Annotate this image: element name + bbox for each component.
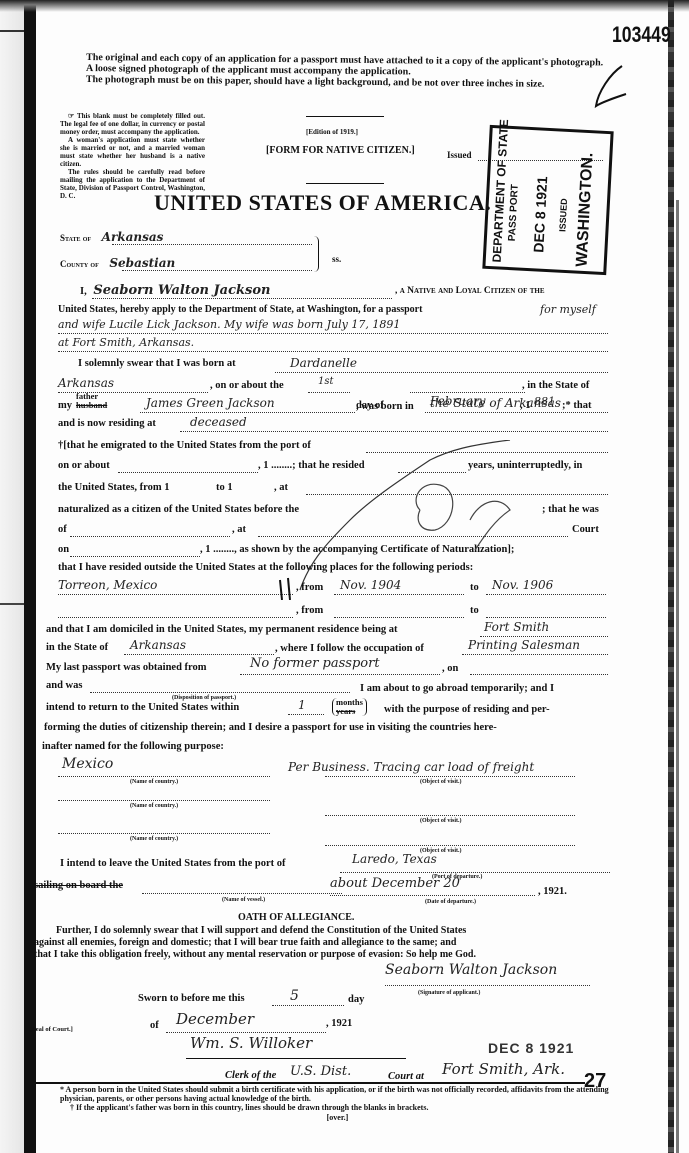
- underline: [58, 800, 270, 801]
- underline: [340, 872, 610, 873]
- scan-artifact: [0, 603, 24, 605]
- underline: [58, 594, 293, 595]
- country-caption: (Name of country.): [130, 779, 178, 785]
- ss-label: ss.: [332, 254, 341, 264]
- father-residence-field[interactable]: deceased: [190, 415, 247, 429]
- inafter-text: inafter named for the following purpose:: [42, 741, 224, 752]
- court-location-field[interactable]: Fort Smith, Ark.: [442, 1060, 565, 1078]
- underline: [334, 594, 464, 595]
- father-name-field[interactable]: James Green Jackson: [146, 396, 275, 410]
- was-born-in-label: , was born in: [356, 401, 414, 412]
- day-label: day: [348, 994, 364, 1005]
- underline: [140, 412, 355, 413]
- applicant-signature: Seaborn Walton Jackson: [385, 962, 557, 978]
- residence-from-field[interactable]: Nov. 1904: [340, 578, 401, 592]
- seal-label: [Seal of Court.]: [30, 1026, 73, 1033]
- from-label: , from: [296, 582, 323, 593]
- country-field[interactable]: Mexico: [62, 756, 113, 772]
- stamp-line: WASHINGTON.: [574, 152, 598, 267]
- last-passport-field[interactable]: No former passport: [250, 656, 380, 671]
- underline: [166, 1032, 326, 1033]
- underline: [334, 617, 464, 618]
- instruction-fee: ☞ This blank must be completely filled o…: [60, 112, 205, 136]
- birth-state-field[interactable]: Arkansas: [58, 376, 114, 390]
- department-of-state-stamp: DEPARTMENT OF STATE PASS PORT DEC 8 1921…: [482, 125, 613, 275]
- sworn-day-field[interactable]: 5: [290, 988, 299, 1004]
- underline: [288, 714, 324, 715]
- vessel-caption: (Name of vessel.): [222, 897, 265, 903]
- oath-text: Further, I do solemnly swear that I will…: [56, 925, 466, 936]
- duties-text: forming the duties of citizenship therei…: [44, 722, 497, 733]
- underline: [92, 298, 392, 299]
- underline: [486, 594, 606, 595]
- stamp-date: DEC 8 1921: [530, 176, 550, 253]
- scan-left-margin: [0, 0, 24, 1153]
- footnote-birth-certificate: * A person born in the United States sho…: [60, 1085, 615, 1103]
- underline: [275, 372, 608, 373]
- underline: [240, 674, 440, 675]
- object-caption: (Object of visit.): [420, 818, 462, 824]
- underline: [480, 636, 608, 637]
- stamp-line: ISSUED: [557, 198, 569, 232]
- i-label: I,: [80, 286, 87, 297]
- underline: [325, 815, 575, 816]
- residence-place-field[interactable]: Torreon, Mexico: [58, 578, 157, 592]
- sworn-year: , 1921: [326, 1018, 352, 1029]
- of-label: of: [150, 1020, 159, 1031]
- photo-notice: The original and each copy of an applica…: [86, 52, 603, 90]
- apply-text: United States, hereby apply to the Depar…: [58, 304, 422, 315]
- from-label: , from: [296, 605, 323, 616]
- scan-top-shadow: [0, 0, 689, 12]
- signature-line: [186, 1058, 406, 1059]
- my-label: my: [58, 400, 72, 411]
- right-page-edge: [668, 0, 674, 1153]
- underline: [325, 845, 575, 846]
- apply-addendum[interactable]: for myself: [540, 303, 596, 316]
- father-husband-choice: father husband: [76, 392, 107, 410]
- underline: [272, 1005, 344, 1006]
- naturalized-text: naturalized as a citizen of the United S…: [58, 504, 299, 515]
- underline: [142, 893, 342, 894]
- stamp-line: PASS PORT: [507, 184, 521, 242]
- underline: [70, 556, 200, 557]
- departure-year: , 1921.: [538, 886, 567, 897]
- father-birthplace-field[interactable]: the State of Arkansas: [430, 396, 561, 410]
- serial-number: 103449: [612, 22, 671, 48]
- state-row: State of Arkansas: [60, 230, 163, 244]
- oath-heading: OATH OF ALLEGIANCE.: [238, 912, 354, 923]
- court-name-field[interactable]: U.S. Dist.: [290, 1064, 351, 1079]
- underline: [425, 412, 608, 413]
- county-field[interactable]: Sebastian: [109, 256, 175, 270]
- departure-caption: (Date of departure.): [425, 899, 476, 905]
- at-text: , at: [232, 524, 246, 535]
- apply-addendum[interactable]: at Fort Smith, Arkansas.: [58, 336, 194, 349]
- underline: [325, 776, 575, 777]
- underline: [410, 392, 525, 393]
- and-was-label: and was: [46, 680, 82, 691]
- birth-day-field[interactable]: 1st: [318, 376, 334, 387]
- court-text: Court: [572, 524, 599, 535]
- port-field[interactable]: Laredo, Texas: [352, 852, 437, 866]
- page-title: UNITED STATES OF AMERICA.: [154, 190, 491, 216]
- port-text: I intend to leave the United States from…: [60, 858, 286, 869]
- apply-addendum[interactable]: and wife Lucile Lick Jackson. My wife wa…: [58, 318, 400, 331]
- applicant-row: I, Seaborn Walton Jackson: [80, 283, 270, 298]
- return-duration-field[interactable]: 1: [298, 698, 306, 712]
- instructions-sidenote: ☞ This blank must be completely filled o…: [60, 112, 205, 200]
- footnote-father: † If the applicant's father was born in …: [60, 1103, 615, 1112]
- underline: [90, 692, 350, 693]
- right-page-edge: [676, 200, 679, 1153]
- years-option: years: [336, 707, 363, 716]
- oath-text: that I take this obligation freely, with…: [34, 949, 476, 960]
- months-years-choice: months years: [332, 698, 367, 716]
- oath-text: against all enemies, foreign and domesti…: [34, 937, 456, 948]
- to-label: to: [470, 605, 479, 616]
- underline: [385, 985, 590, 986]
- underline: [58, 617, 293, 618]
- over-label: [over.]: [60, 1113, 615, 1122]
- born-at-label: I solemnly swear that I was born at: [78, 358, 236, 369]
- purpose-text: with the purpose of residing and per-: [384, 704, 550, 715]
- binding-edge: [24, 0, 36, 1153]
- cancellation-scrawl: [270, 440, 570, 600]
- residence-state-field[interactable]: Arkansas: [130, 638, 186, 652]
- occupation-field[interactable]: Printing Salesman: [468, 638, 580, 652]
- clerk-signature: Wm. S. Willoker: [190, 1034, 312, 1052]
- underline: [124, 654, 274, 655]
- sworn-label: Sworn to before me this: [138, 993, 245, 1004]
- underline: [462, 654, 608, 655]
- court-at-label: Court at: [388, 1071, 424, 1082]
- country-caption: (Name of country.): [130, 803, 178, 809]
- footnotes: * A person born in the United States sho…: [60, 1085, 615, 1122]
- that-label: ;* that: [562, 400, 591, 411]
- underline: [70, 536, 230, 537]
- residence-city-field[interactable]: Fort Smith: [484, 620, 549, 634]
- underline: [180, 431, 608, 432]
- issued-label: Issued: [447, 150, 472, 160]
- to-text: to 1: [216, 482, 233, 493]
- underline: [308, 392, 350, 393]
- to-label: to: [470, 582, 479, 593]
- underline: [58, 333, 608, 334]
- instruction-woman: A woman's application must state whether…: [60, 136, 205, 168]
- brace: [314, 236, 319, 272]
- country-caption: (Name of country.): [130, 836, 178, 842]
- on-or-about-label: , on or about the: [210, 380, 284, 391]
- husband-option: husband: [76, 401, 107, 410]
- form-type: [FORM FOR NATIVE CITIZEN.]: [266, 145, 415, 156]
- return-text: intend to return to the United States wi…: [46, 702, 239, 713]
- underline: [118, 472, 258, 473]
- underline: [58, 776, 270, 777]
- in-state-of-label: in the State of: [46, 642, 108, 653]
- abroad-text: I am about to go abroad temporarily; and…: [360, 683, 554, 694]
- underline: [330, 895, 535, 896]
- underline: [112, 244, 312, 245]
- county-row: County of Sebastian: [60, 256, 175, 270]
- on-text: on: [58, 544, 69, 555]
- on-label: , on: [442, 663, 458, 674]
- county-label: County of: [60, 259, 99, 269]
- signature-caption: (Signature of applicant.): [418, 990, 480, 996]
- scan-artifact: [0, 30, 24, 32]
- native-citizen-text: , a Native and Loyal Citizen of the: [395, 286, 545, 296]
- residing-label: and is now residing at: [58, 418, 156, 429]
- in-state-label-visible: , in the State of: [522, 380, 589, 391]
- state-field[interactable]: Arkansas: [102, 230, 164, 244]
- stamp-line: DEPARTMENT OF STATE: [490, 119, 511, 263]
- footer-divider: [30, 1082, 585, 1084]
- divider: [306, 116, 384, 117]
- us-from-text: the United States, from 1: [58, 482, 170, 493]
- underline: [58, 833, 270, 834]
- last-passport-label: My last passport was obtained from: [46, 662, 207, 673]
- underline: [486, 617, 606, 618]
- of-text: of: [58, 524, 67, 535]
- disposition-caption: (Disposition of passport.): [172, 695, 236, 701]
- underline: [470, 674, 608, 675]
- object-of-visit-field[interactable]: Per Business. Tracing car load of freigh…: [288, 756, 578, 778]
- state-label: State of: [60, 233, 91, 243]
- sworn-month-field[interactable]: December: [176, 1010, 254, 1028]
- edition-label: [Edition of 1919.]: [306, 128, 358, 136]
- object-caption: (Object of visit.): [420, 779, 462, 785]
- received-date-stamp: DEC 8 1921: [488, 1040, 574, 1056]
- clerk-label: Clerk of the: [225, 1070, 276, 1081]
- departure-date-field[interactable]: about December 20: [330, 876, 460, 891]
- divider: [306, 183, 384, 184]
- residence-to-field[interactable]: Nov. 1906: [492, 578, 553, 592]
- sailing-text: sailing on board the: [34, 880, 123, 891]
- on-or-about-2: on or about: [58, 460, 110, 471]
- applicant-name-field[interactable]: Seaborn Walton Jackson: [93, 283, 270, 298]
- occupation-label: , where I follow the occupation of: [275, 643, 424, 654]
- underline: [122, 270, 312, 271]
- domiciled-text: and that I am domiciled in the United St…: [46, 624, 398, 635]
- birthplace-field[interactable]: Dardanelle: [290, 356, 357, 370]
- underline: [58, 351, 608, 352]
